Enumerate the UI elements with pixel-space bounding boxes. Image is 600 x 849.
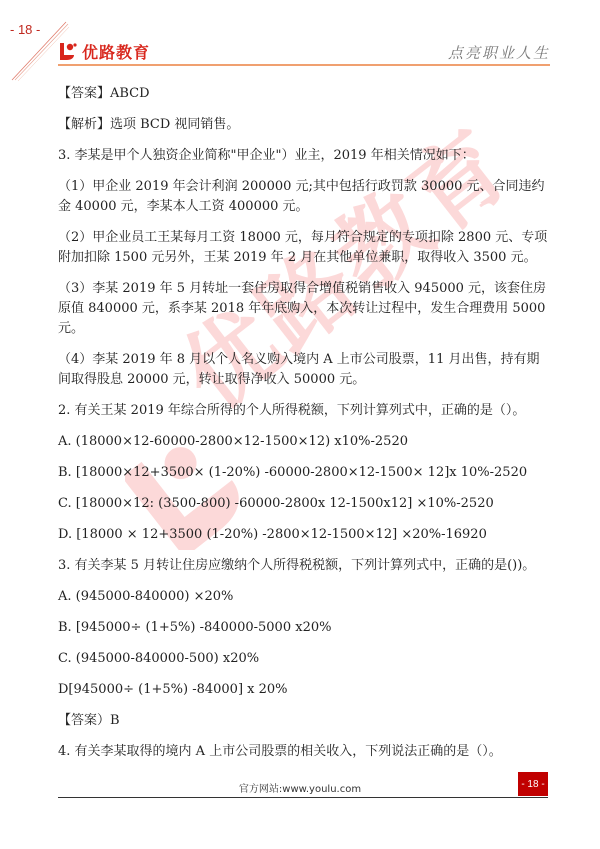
brand-name: 优路教育 — [82, 40, 150, 63]
option-3b: B. [945000÷ (1+5%) -840000-5000 x20% — [58, 618, 548, 638]
option-2c: C. [18000×12: (3500-800) -60000-2800x 12… — [58, 494, 548, 514]
case-item-1: （1）甲企业 2019 年会计利润 200000 元;其中包括行政罚款 3000… — [58, 177, 548, 217]
footer-page-badge: - 18 - — [518, 772, 548, 796]
option-2d: D. [18000 × 12+3500 (1-20%) -2800×12-150… — [58, 525, 548, 545]
option-2b: B. [18000×12+3500× (1-20%) -60000-2800×1… — [58, 463, 548, 483]
answer-label-1: 【答案】ABCD — [58, 84, 548, 104]
option-3a: A. (945000-840000) ×20% — [58, 587, 548, 607]
analysis-text: 【解析】选项 BCD 视同销售。 — [58, 115, 548, 135]
sub-question-2: 2. 有关王某 2019 年综合所得的个人所得税额，下列计算列式中，正确的是（）… — [58, 401, 548, 421]
option-3d: D[945000÷ (1+5%) -84000] x 20% — [58, 680, 548, 700]
case-item-2: （2）甲企业员工王某每月工资 18000 元，每月符合规定的专项扣除 2800 … — [58, 228, 548, 268]
youlu-logo-icon — [58, 41, 78, 61]
sub-question-4: 4. 有关李某取得的境内 A 上市公司股票的相关收入，下列说法正确的是（）。 — [58, 742, 548, 762]
brand-logo: 优路教育 — [58, 40, 150, 62]
case-item-3: （3）李某 2019 年 5 月转址一套住房取得合增值税销售收入 945000 … — [58, 279, 548, 339]
case-item-4: （4）李某 2019 年 8 月以个人名义购入境内 A 上市公司股票，11 月出… — [58, 350, 548, 390]
option-3c: C. (945000-840000-500) x20% — [58, 649, 548, 669]
header-divider — [58, 64, 550, 66]
header-slogan: 点亮职业人生 — [448, 42, 550, 63]
document-body: 【答案】ABCD 【解析】选项 BCD 视同销售。 3. 李某是甲个人独资企业简… — [58, 84, 548, 773]
footer-website: 官方网站:www.youlu.com — [0, 780, 600, 795]
option-2a: A. (18000×12-60000-2800×12-1500×12) x10%… — [58, 432, 548, 452]
sub-question-3: 3. 有关李某 5 月转让住房应缴纳个人所得税税额，下列计算列式中，正确的是()… — [58, 556, 548, 576]
question-3-intro: 3. 李某是甲个人独资企业简称"甲企业"）业主，2019 年相关情况如下： — [58, 146, 548, 166]
footer-divider — [58, 797, 548, 798]
answer-label-2: 【答案）B — [58, 711, 548, 731]
